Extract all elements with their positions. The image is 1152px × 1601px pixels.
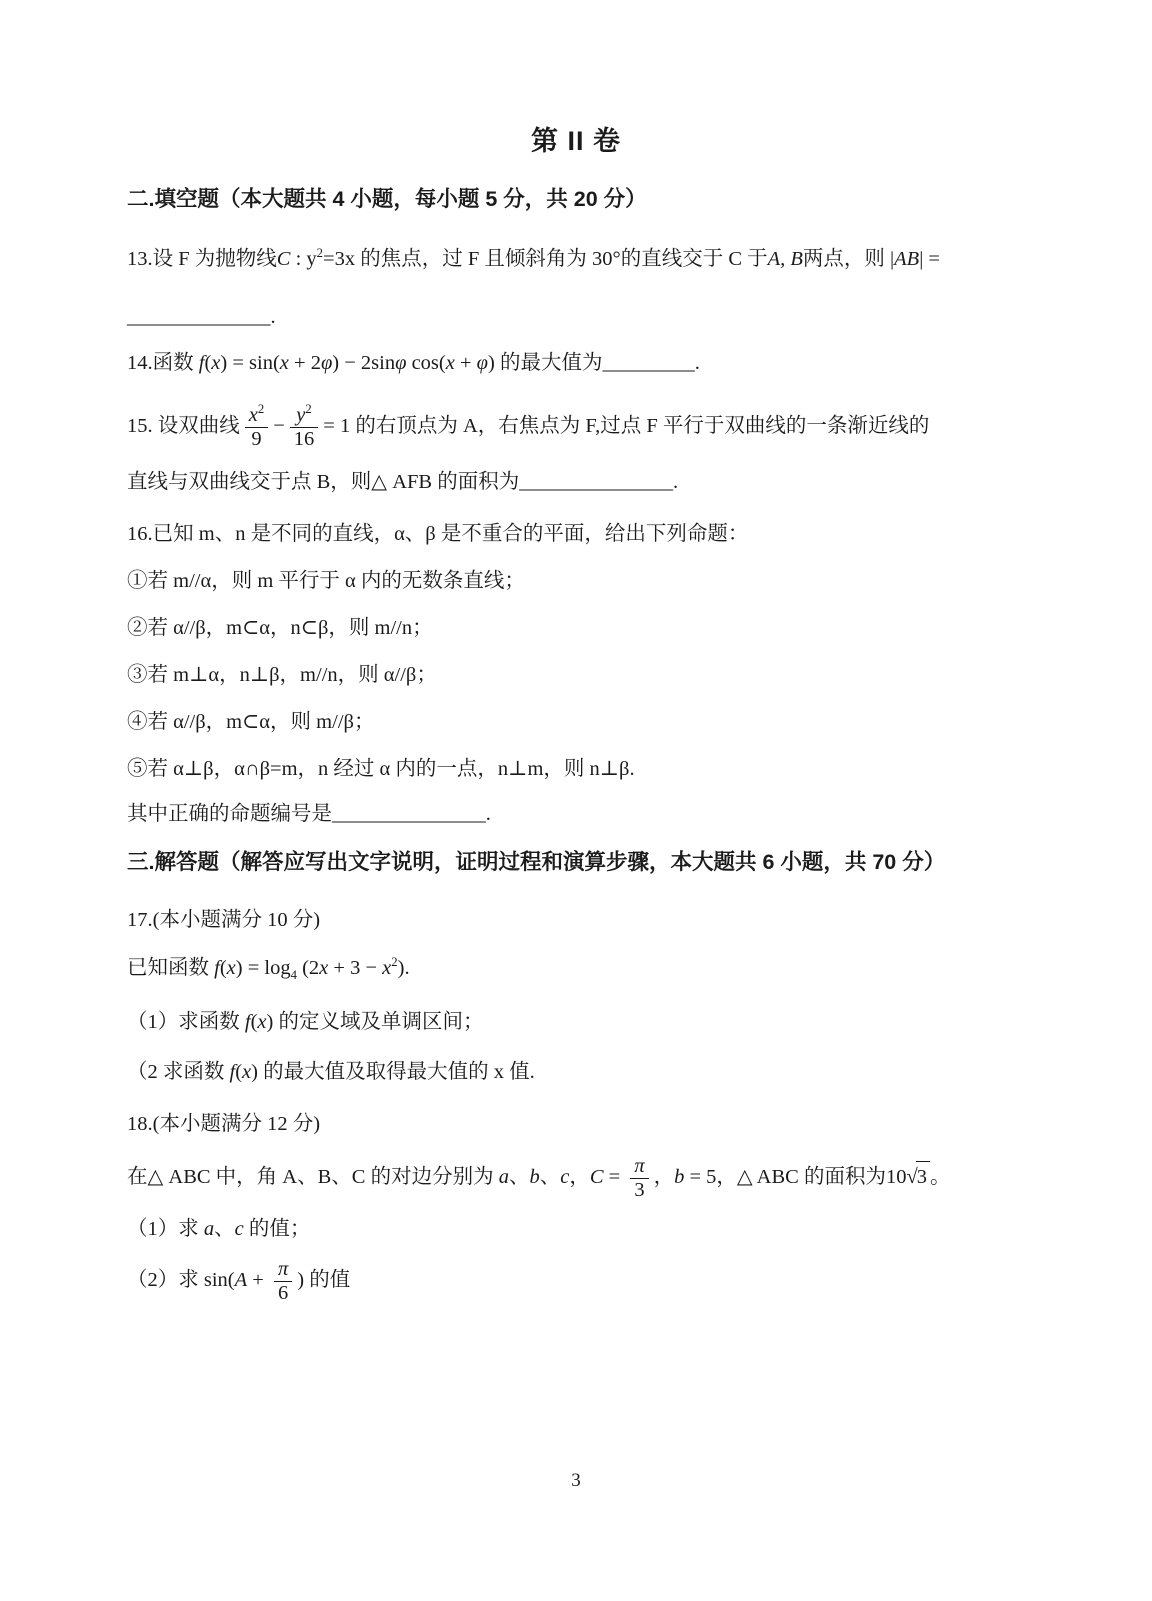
question-13: 13.设 F 为抛物线C : y2=3x 的焦点，过 F 且倾斜角为 30°的直… bbox=[127, 244, 1152, 274]
question-16-item-3: ③若 m⊥α，n⊥β，m//n，则 α//β； bbox=[127, 660, 1152, 690]
question-18-body: 在△ ABC 中，角 A、B、C 的对边分别为 a、b、c，C = π3，b =… bbox=[127, 1155, 1152, 1202]
question-13-blank: ______________. bbox=[127, 302, 1152, 332]
question-18-header: 18.(本小题满分 12 分) bbox=[127, 1109, 1152, 1139]
question-16-item-5: ⑤若 α⊥β，α∩β=m，n 经过 α 内的一点，n⊥m，则 n⊥β. bbox=[127, 754, 1152, 784]
radical: √3 bbox=[906, 1161, 930, 1192]
question-14: 14.函数 f(x) = sin(x + 2φ) − 2sinφ cos(x +… bbox=[127, 348, 1152, 378]
exam-title: 第 II 卷 bbox=[0, 0, 1152, 158]
question-17-part-1: （1）求函数 f(x) 的定义域及单调区间； bbox=[127, 1007, 1152, 1037]
exam-page: 第 II 卷 二.填空题（本大题共 4 小题，每小题 5 分，共 20 分） 1… bbox=[0, 0, 1152, 1601]
section-fill-heading: 二.填空题（本大题共 4 小题，每小题 5 分，共 20 分） bbox=[127, 184, 1152, 214]
fraction: x29 bbox=[245, 404, 268, 451]
fraction: y216 bbox=[290, 404, 319, 451]
question-16-item-4: ④若 α//β，m⊂α，则 m//β； bbox=[127, 707, 1152, 737]
question-16-item-1: ①若 m//α，则 m 平行于 α 内的无数条直线； bbox=[127, 566, 1152, 596]
question-18-part-1: （1）求 a、c 的值； bbox=[127, 1214, 1152, 1244]
question-15-line-2: 直线与双曲线交于点 B，则△ AFB 的面积为_______________. bbox=[127, 467, 1152, 497]
fraction: π6 bbox=[274, 1258, 292, 1305]
question-18-part-2: （2）求 sin(A + π6) 的值 bbox=[127, 1258, 1152, 1305]
question-17-part-2: （2 求函数 f(x) 的最大值及取得最大值的 x 值. bbox=[127, 1057, 1152, 1087]
question-15-line-1: 15. 设双曲线x29−y216= 1 的右顶点为 A，右焦点为 F,过点 F … bbox=[127, 404, 1152, 451]
question-17-formula: 已知函数 f(x) = log4 (2x + 3 − x2). bbox=[127, 953, 1152, 983]
question-17-header: 17.(本小题满分 10 分) bbox=[127, 905, 1152, 935]
question-16-intro: 16.已知 m、n 是不同的直线，α、β 是不重合的平面，给出下列命题： bbox=[127, 519, 1152, 549]
question-16-item-2: ②若 α//β，m⊂α，n⊂β，则 m//n； bbox=[127, 613, 1152, 643]
question-16-answer-line: 其中正确的命题编号是_______________. bbox=[127, 799, 1152, 829]
section-solve-heading: 三.解答题（解答应写出文字说明，证明过程和演算步骤，本大题共 6 小题，共 70… bbox=[127, 847, 1152, 877]
page-number: 3 bbox=[0, 1469, 1152, 1493]
fraction: π3 bbox=[630, 1155, 648, 1202]
